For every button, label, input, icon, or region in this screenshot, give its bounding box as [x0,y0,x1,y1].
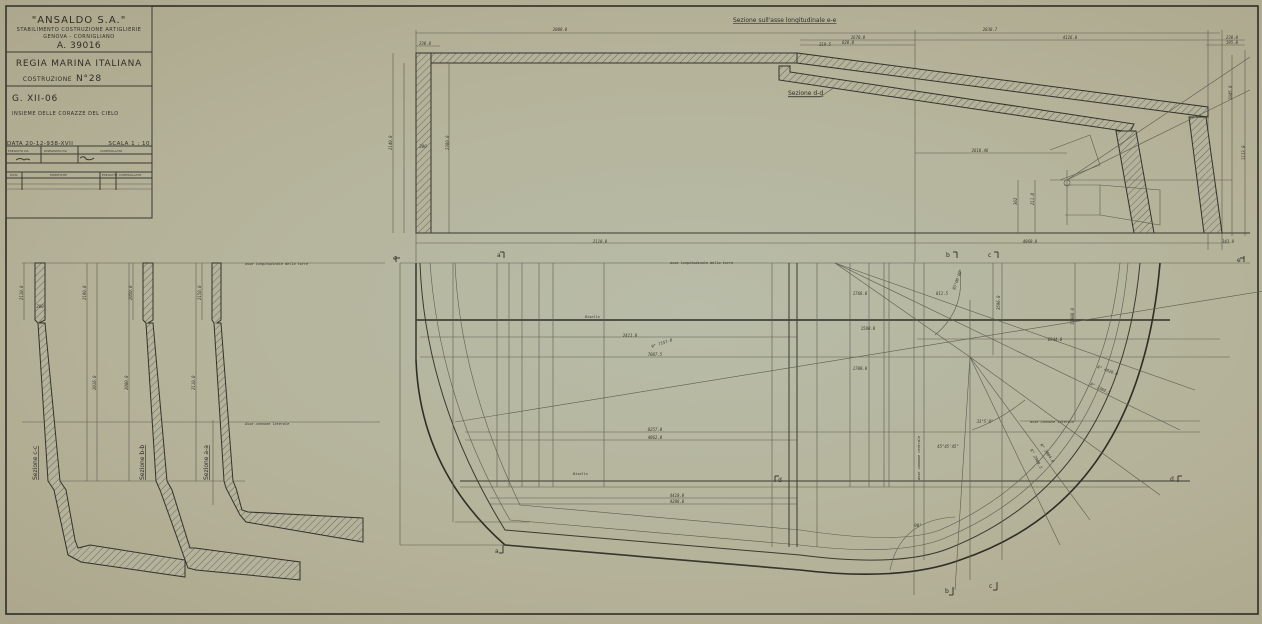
dim-label: 2016.0 [92,375,97,390]
plan-view [400,263,1262,595]
bisello-label-top: Bisello [585,315,600,319]
drawing-date: DATA 20-12-938-XVII [7,141,73,147]
dim-label: 1580.0 [861,326,876,331]
marker-e-left: e [393,255,397,262]
longitudinal-section-view [393,30,1250,262]
col-eseguito-2: ESEGUITO [102,173,118,177]
dim-label: R° 4026.0 [1097,364,1120,376]
col-controllato: CONTROLLATO [100,149,123,153]
dim-label: 4060.0 [1023,239,1038,244]
section-markers [396,252,1244,595]
marker-a-top: a [497,252,501,259]
dim-label: 4410.0 [670,493,685,498]
dim-label: 2110.0 [593,239,608,244]
col-data: DATA [10,173,19,177]
dim-label: 4288.0 [670,499,685,504]
section-ee-title: Sezione sull'asse longitudinale e-e [733,17,837,24]
section-dd-label: Sezione d-d [788,90,823,97]
section-bb-label: Sezione b-b [139,445,146,480]
dim-label: 343.0 [1221,239,1235,244]
signature-1 [16,159,30,161]
dim-label: 2380.0 [445,135,450,150]
central-axis-label: asse cannone centrale [917,436,921,480]
dim-label: 211.8 [1030,192,1035,205]
dim-label: 811.5 [936,291,949,296]
dim-label: 200 [36,304,44,309]
location: GENOVA - CORNIGLIANO [43,34,114,40]
dim-label: 11900.0 [1070,308,1075,325]
dim-label: 820.0 [842,40,855,45]
dim-label: 2000.0 [553,27,568,32]
marker-a-bottom: a [495,548,499,555]
longitudinal-axis-label-left: asse longitudinale della torre [245,262,308,266]
marker-c-top: c [988,252,991,259]
dim-label: 219.5 [819,42,832,47]
marker-e-right: e [1237,257,1241,264]
dim-label: 90° [914,523,921,528]
dim-label: 1133.0 [1241,145,1246,160]
dim-label: R° 2980.5 [1029,448,1044,470]
dim-label: 2140.0 [388,135,393,150]
company-name: "ANSALDO S.A." [32,15,127,26]
dim-label: 2810.46 [972,148,989,153]
drawing-ref: A. 39016 [57,41,101,51]
marker-c-bottom: c [989,583,992,590]
construction-label: COSTRUZIONE [23,76,72,83]
dim-label: 2190.0 [82,285,87,300]
dim-label: 85°00'00" [951,268,963,290]
lateral-axis-label: Asse cannone laterale [244,422,289,426]
dim-label: 1045.0 [1228,85,1233,100]
drawing-scale: SCALA 1 : 10 [108,141,150,147]
drawing-sheet: "ANSALDO S.A." STABILIMENTO COSTRUZIONE … [0,0,1262,624]
dim-label: 2411.0 [623,333,638,338]
dim-label: 2000.0 [124,375,129,390]
dim-label: R° 3084.0 [1039,443,1056,464]
dim-label: 2838.7 [983,27,998,32]
dim-label: 2150.0 [197,285,202,300]
dim-label: 7087.5 [648,352,663,357]
lateral-axis-label-right: asse cannone laterale [1030,420,1074,424]
dim-label: 230.0 [419,41,432,46]
technical-drawing: "ANSALDO S.A." STABILIMENTO COSTRUZIONE … [0,0,1262,624]
longitudinal-axis-label-plan: asse longitudinale della torre [670,261,733,265]
dim-label: 1700.0 [853,366,868,371]
dim-label: 8257.0 [648,427,663,432]
dim-label: 45°45'45" [937,444,959,449]
transverse-sections [22,263,385,580]
dim-label: 4062.0 [648,435,663,440]
col-modifiche: MODIFICHE [50,173,67,177]
dim-label: 4126.0 [1063,35,1078,40]
dim-label: R° 7157.0 [651,337,674,349]
signature-2 [80,157,94,160]
dim-label: 6944.0 [1048,337,1063,342]
marker-b-bottom: b [945,588,949,595]
drawing-number: G. XII-06 [12,94,58,104]
dim-label: 3596.0 [996,295,1001,311]
marker-d-right: d [1170,476,1174,483]
dim-label: 2050.0 [128,285,133,300]
drawing-description: INSIEME DELLE CORAZZE DEL CIELO [12,111,119,117]
dim-label: 362 [1013,197,1018,206]
col-controllato-2: CONTROLLATO [119,173,142,177]
dim-label: 33°5'8" [976,419,994,424]
bisello-label-bottom: Bisello [573,472,588,476]
dim-label: 2110.0 [191,375,196,390]
construction-number: N°28 [76,74,102,84]
section-cc-label: Sezione c-c [32,446,39,480]
dim-label: 1768.0 [853,291,868,296]
section-aa-label: Sezione a-a [203,445,210,480]
col-disegnato: DISEGNATO DA [44,149,68,153]
dim-label: 195.0 [1226,40,1239,45]
marker-d-left: d [778,477,782,484]
dim-label: 2110.0 [19,285,24,300]
customer: REGIA MARINA ITALIANA [16,59,142,69]
dim-label: 200 [419,144,427,149]
marker-b-top: b [946,252,950,259]
col-eseguito: ESEGUITO DA [8,149,30,153]
establishment: STABILIMENTO COSTRUZIONE ARTIGLIERIE [17,27,142,33]
